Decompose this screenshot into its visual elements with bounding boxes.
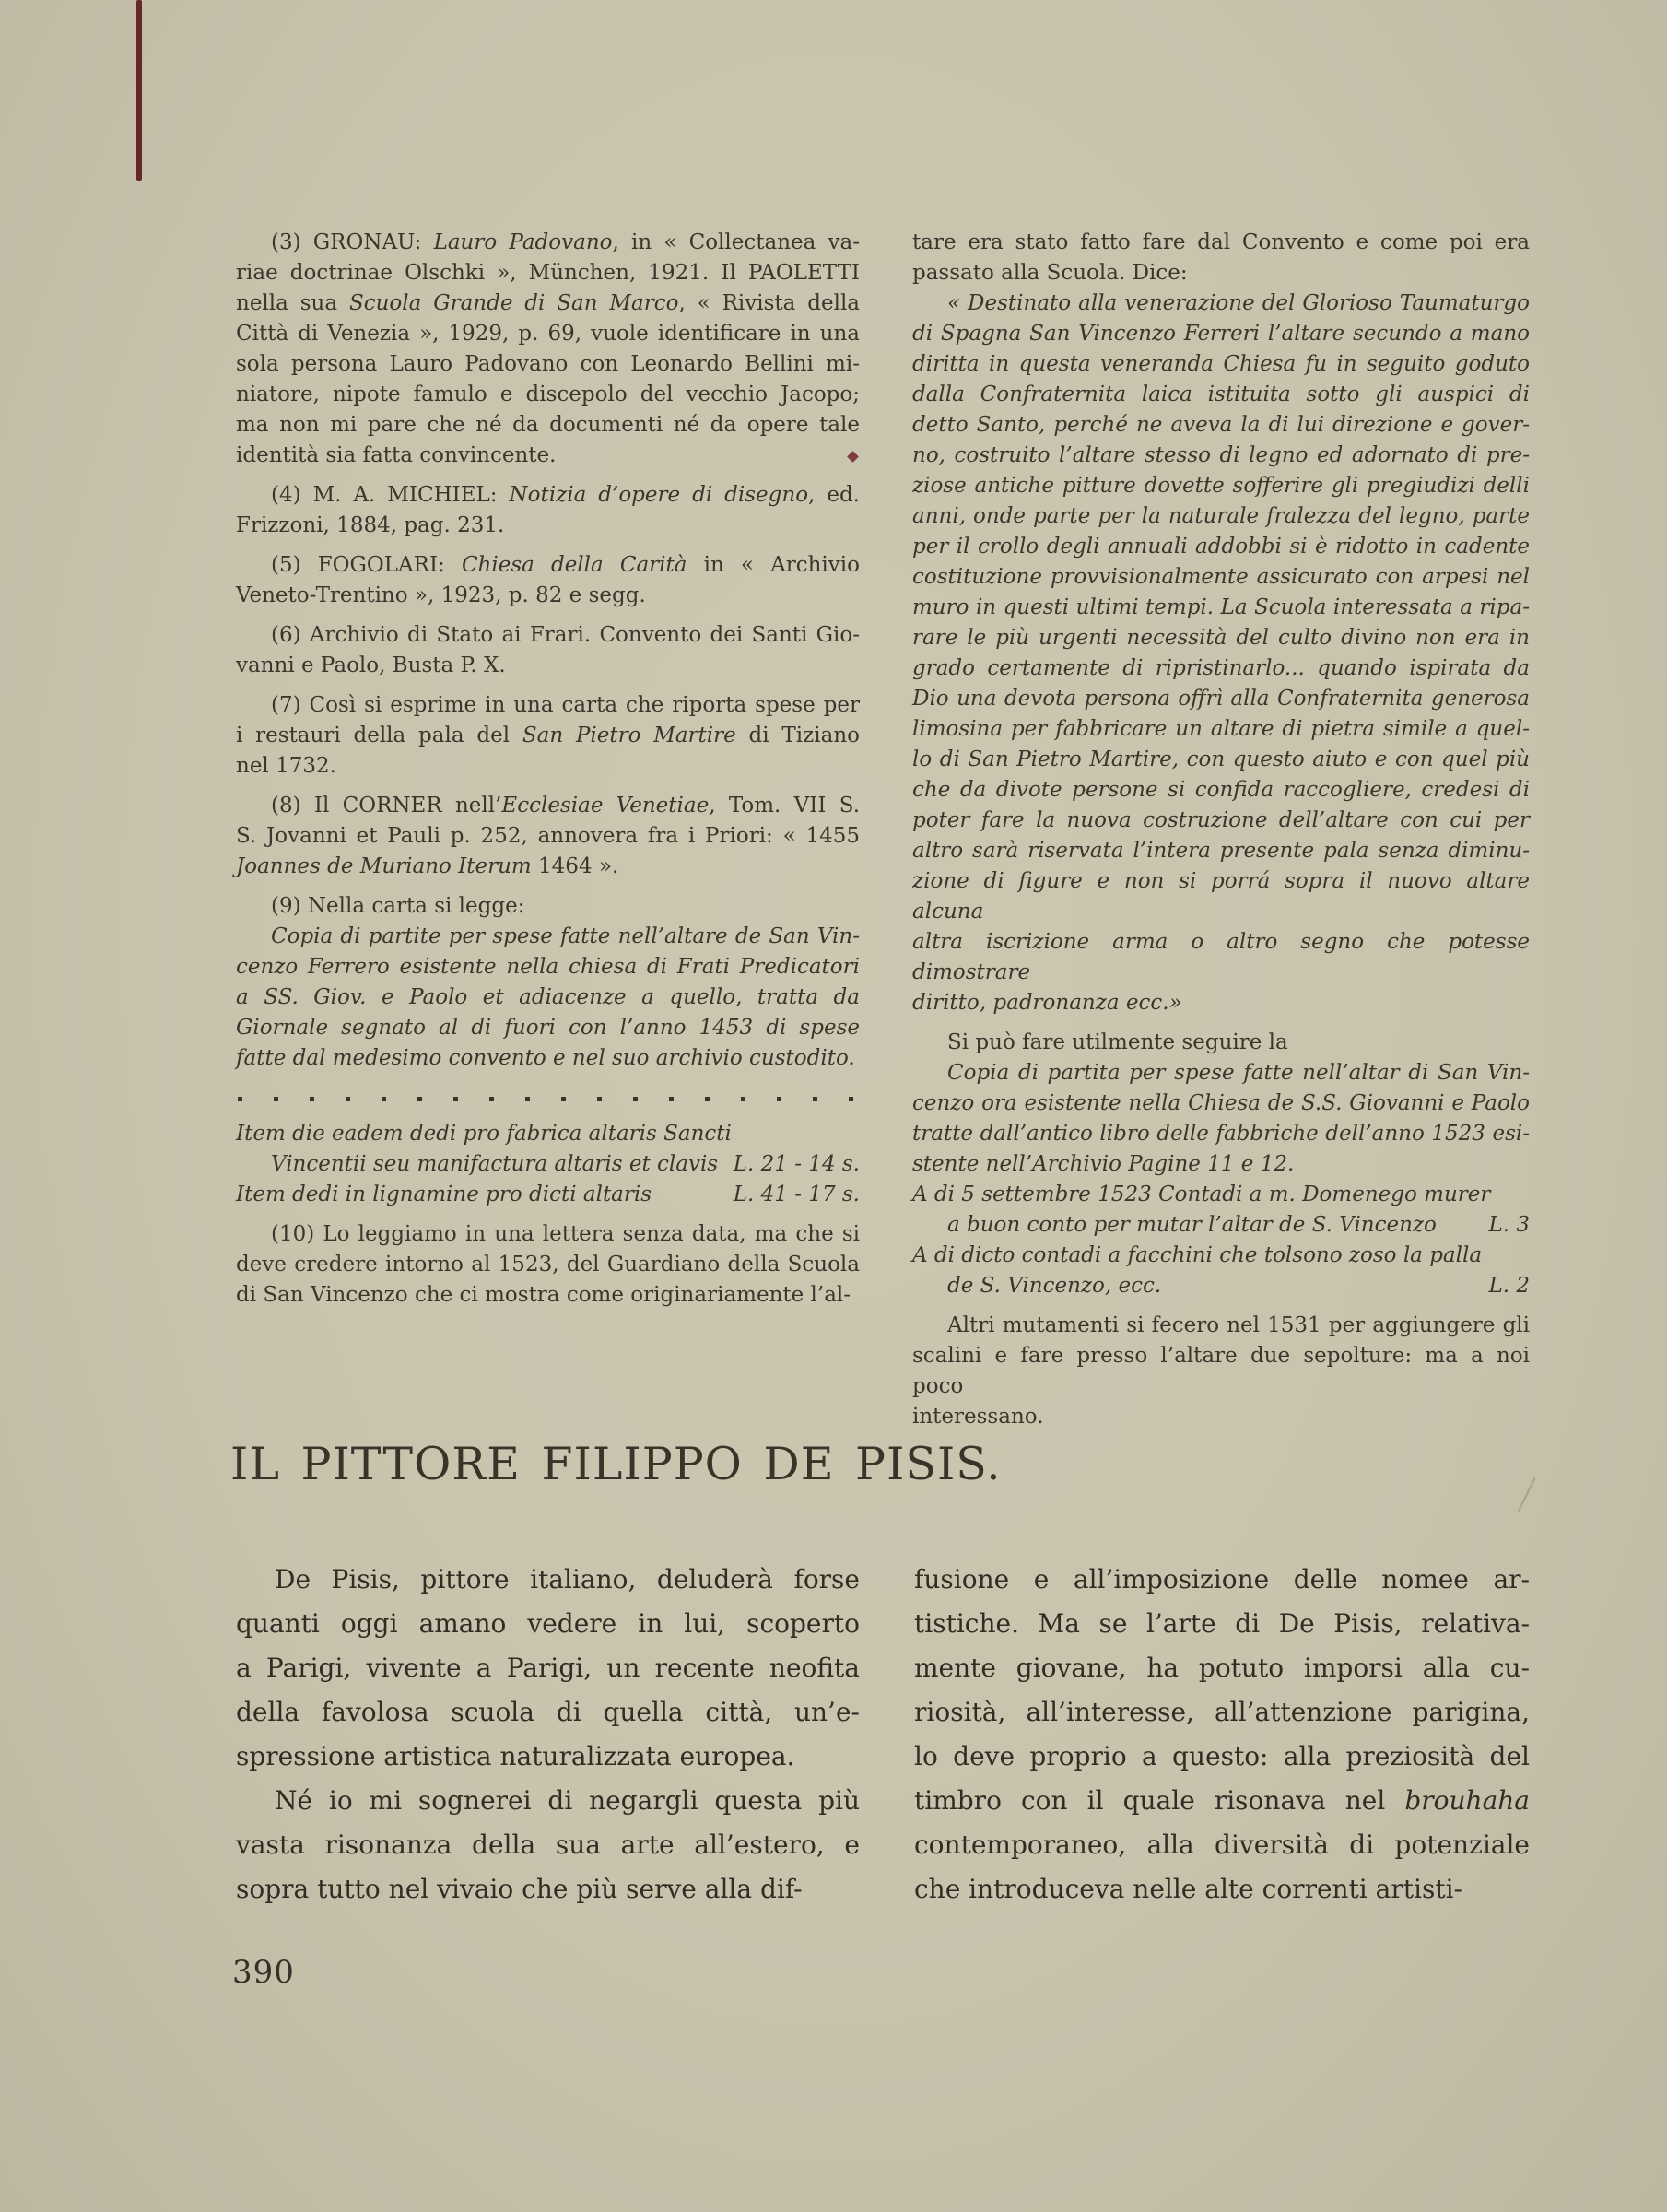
italic-text-run: diritto, padronanza ecc.» — [912, 991, 1182, 1015]
text-line: (6) Archivio di Stato ai Frari. Convento… — [236, 620, 860, 651]
page-number: 390 — [232, 1954, 295, 1991]
ledger-line: a buon conto per mutar l’altar de S. Vin… — [912, 1210, 1530, 1241]
text-run: , « Rivista della — [678, 291, 860, 315]
italic-text-run: per il crollo degli annuali addobbi si è… — [912, 535, 1530, 559]
text-run: Altri mutamenti si fecero nel 1531 per a… — [947, 1313, 1530, 1337]
italic-text-run: de S. Vincenzo, ecc. — [947, 1274, 1161, 1298]
text-line: (4) M. A. MICHIEL: Notizia d’opere di di… — [236, 480, 860, 511]
text-line: Veneto-Trentino », 1923, p. 82 e segg. — [236, 581, 860, 611]
text-line: (3) GRONAU: Lauro Padovano, in « Collect… — [236, 228, 860, 258]
text-line: Frizzoni, 1884, pag. 231. — [236, 511, 860, 541]
italic-text-run: Item die eadem dedi pro fabrica altaris … — [236, 1122, 732, 1146]
text-run: (10) Lo leggiamo in una lettera senza da… — [271, 1222, 860, 1246]
text-run: Si può fare utilmente seguire la — [947, 1030, 1288, 1054]
italic-text-run: grado certamente di ripristinarlo... qua… — [912, 656, 1530, 680]
text-line: Copia di partite per spese fatte nell’al… — [236, 922, 860, 952]
text-line: Altri mutamenti si fecero nel 1531 per a… — [912, 1311, 1530, 1341]
text-run: Né io mi sognerei di negargli questa più — [275, 1785, 860, 1816]
italic-text-run: detto Santo, perché ne aveva la di lui d… — [912, 413, 1530, 437]
ledger-description: de S. Vincenzo, ecc. — [947, 1271, 1161, 1301]
italic-text-run: a buon conto per mutar l’altar de S. Vin… — [947, 1213, 1437, 1237]
text-line: dalla Confraternita laica istituita sott… — [912, 380, 1530, 410]
body-right-column: fusione e all’imposizione delle nomee ar… — [914, 1558, 1530, 1912]
italic-text-run: limosina per fabbricare un altare di pie… — [912, 717, 1530, 741]
text-line: Giornale segnato al di fuori con l’anno … — [236, 1013, 860, 1043]
italic-text-run: San Pietro Martire — [522, 724, 736, 747]
ledger-line: Vincentii seu manifactura altaris et cla… — [236, 1149, 860, 1180]
text-line: timbro con il quale risonava nel brouhah… — [914, 1779, 1530, 1823]
text-line: « Destinato alla venerazione del Glorios… — [912, 288, 1530, 319]
italic-text-run: A di 5 settembre 1523 Contadi a m. Domen… — [912, 1182, 1490, 1206]
text-run: , in « Collectanea va- — [612, 230, 860, 254]
text-run: (8) Il CORNER nell’ — [271, 794, 501, 818]
text-run: a Parigi, vivente a Parigi, un recente n… — [236, 1653, 860, 1683]
text-run: (7) Così si esprime in una carta che rip… — [271, 693, 860, 717]
text-run: di San Vincenzo che ci mostra come origi… — [236, 1283, 851, 1307]
text-run: riosità, all’interesse, all’attenzione p… — [914, 1697, 1530, 1727]
text-line: lo deve proprio a questo: alla preziosit… — [914, 1735, 1530, 1779]
italic-text-run: muro in questi ultimi tempi. La Scuola i… — [912, 595, 1530, 619]
text-line: sola persona Lauro Padovano con Leonardo… — [236, 349, 860, 380]
italic-text-run: che da divote persone si confida raccogl… — [912, 778, 1530, 802]
text-line: Copia di partita per spese fatte nell’al… — [912, 1058, 1530, 1088]
italic-text-run: altra iscrizione arma o altro segno che … — [912, 930, 1530, 984]
dotted-separator — [236, 1085, 860, 1115]
text-line: cenzo ora esistente nella Chiesa de S.S.… — [912, 1088, 1530, 1119]
italic-text-run: Chiesa della Carità — [462, 553, 687, 577]
scan-artifact-red-line — [136, 0, 142, 181]
text-line: zione di figure e non si porrá sopra il … — [912, 866, 1530, 927]
text-run: della favolosa scuola di quella città, u… — [236, 1697, 860, 1727]
text-line: mente giovane, ha potuto imporsi alla cu… — [914, 1646, 1530, 1690]
ledger-line: de S. Vincenzo, ecc.L. 2 — [912, 1271, 1530, 1301]
text-line: limosina per fabbricare un altare di pie… — [912, 714, 1530, 745]
text-line: (5) FOGOLARI: Chiesa della Carità in « A… — [236, 550, 860, 581]
italic-text-run: Lauro Padovano — [434, 230, 613, 254]
text-line: a SS. Giov. e Paolo et adiacenze a quell… — [236, 982, 860, 1013]
text-run: nel 1732. — [236, 754, 336, 778]
italic-text-run: Scuola Grande di San Marco — [349, 291, 678, 315]
text-line: a Parigi, vivente a Parigi, un recente n… — [236, 1646, 860, 1690]
text-run: scalini e fare presso l’altare due sepol… — [912, 1344, 1530, 1398]
text-line: della favolosa scuola di quella città, u… — [236, 1690, 860, 1735]
ledger-amount: L. 3 — [1488, 1210, 1530, 1241]
text-run: di Tiziano — [736, 724, 860, 747]
italic-text-run: costituzione provvisionalmente assicurat… — [912, 565, 1530, 589]
text-run: lo deve proprio a questo: alla preziosit… — [914, 1741, 1530, 1771]
text-run: quanti oggi amano vedere in lui, scopert… — [236, 1608, 860, 1639]
text-run: (4) M. A. MICHIEL: — [271, 483, 510, 507]
text-run: tistiche. Ma se l’arte di De Pisis, rela… — [914, 1608, 1530, 1639]
text-line: nella sua Scuola Grande di San Marco, « … — [236, 288, 860, 319]
ledger-description: a buon conto per mutar l’altar de S. Vin… — [947, 1210, 1437, 1241]
text-run: fusione e all’imposizione delle nomee ar… — [914, 1564, 1530, 1594]
italic-text-run: stente nell’Archivio Pagine 11 e 12. — [912, 1152, 1294, 1176]
italic-text-run: poter fare la nuova costruzione dell’alt… — [912, 808, 1530, 832]
text-line: cenzo Ferrero esistente nella chiesa di … — [236, 952, 860, 982]
text-line: lo di San Pietro Martire, con questo aiu… — [912, 745, 1530, 775]
text-line: (9) Nella carta si legge: — [236, 891, 860, 922]
text-line: tistiche. Ma se l’arte di De Pisis, rela… — [914, 1602, 1530, 1646]
italic-text-run: rare le più urgenti necessità del culto … — [912, 626, 1530, 650]
text-line: di San Vincenzo che ci mostra come origi… — [236, 1280, 860, 1311]
text-line: passato alla Scuola. Dice: — [912, 258, 1530, 288]
text-line: i restauri della pala del San Pietro Mar… — [236, 721, 860, 751]
text-run: ma non mi pare che né da documenti né da… — [236, 413, 860, 437]
footnotes-left-column: (3) GRONAU: Lauro Padovano, in « Collect… — [236, 228, 860, 1311]
italic-text-run: Giornale segnato al di fuori con l’anno … — [236, 1016, 860, 1040]
italic-text-run: cenzo Ferrero esistente nella chiesa di … — [236, 955, 860, 979]
text-run: (9) Nella carta si legge: — [271, 894, 524, 918]
text-line: S. Jovanni et Pauli p. 252, annovera fra… — [236, 821, 860, 852]
text-line: di Spagna San Vincenzo Ferreri l’altare … — [912, 319, 1530, 349]
text-line: che da divote persone si confida raccogl… — [912, 775, 1530, 806]
text-run: che introduceva nelle alte correnti arti… — [914, 1874, 1462, 1904]
italic-text-run: Joannes de Muriano Iterum — [236, 854, 532, 878]
ledger-amount: L. 21 - 14 s. — [734, 1149, 860, 1180]
text-run: i restauri della pala del — [236, 724, 522, 747]
text-line: stente nell’Archivio Pagine 11 e 12. — [912, 1149, 1530, 1180]
section-heading: IL PITTORE FILIPPO DE PISIS. — [230, 1438, 1520, 1491]
text-line: poter fare la nuova costruzione dell’alt… — [912, 806, 1530, 836]
text-run: niatore, nipote famulo e discepolo del v… — [236, 382, 860, 406]
italic-text-run: diritta in questa veneranda Chiesa fu in… — [912, 352, 1530, 376]
text-run: nella sua — [236, 291, 349, 315]
text-line: Né io mi sognerei di negargli questa più — [236, 1779, 860, 1823]
text-run: S. Jovanni et Pauli p. 252, annovera fra… — [236, 824, 860, 848]
body-left-column: De Pisis, pittore italiano, deluderà for… — [236, 1558, 860, 1912]
text-line: quanti oggi amano vedere in lui, scopert… — [236, 1602, 860, 1646]
text-line: grado certamente di ripristinarlo... qua… — [912, 653, 1530, 684]
italic-text-run: dalla Confraternita laica istituita sott… — [912, 382, 1530, 406]
text-line: Item die eadem dedi pro fabrica altaris … — [236, 1119, 860, 1149]
text-line: costituzione provvisionalmente assicurat… — [912, 562, 1530, 593]
text-line: A di dicto contadi a facchini che tolson… — [912, 1241, 1530, 1271]
italic-text-run: no, costruito l’altare stesso di legno e… — [912, 443, 1530, 467]
text-line: altra iscrizione arma o altro segno che … — [912, 927, 1530, 988]
text-run: interessano. — [912, 1405, 1044, 1429]
text-run: passato alla Scuola. Dice: — [912, 261, 1188, 285]
italic-text-run: fatte dal medesimo convento e nel suo ar… — [236, 1046, 855, 1070]
italic-text-run: Vincentii seu manifactura altaris et cla… — [271, 1152, 718, 1176]
book-page: (3) GRONAU: Lauro Padovano, in « Collect… — [0, 0, 1667, 2212]
text-run: identità sia fatta convincente. — [236, 443, 556, 467]
text-line: fusione e all’imposizione delle nomee ar… — [914, 1558, 1530, 1602]
italic-text-run: cenzo ora esistente nella Chiesa de S.S.… — [912, 1091, 1530, 1115]
italic-text-run: Ecclesiae Venetiae — [501, 794, 709, 818]
ledger-description: Item dedi in lignamine pro dicti altaris — [236, 1180, 652, 1210]
text-line: Si può fare utilmente seguire la — [912, 1028, 1530, 1058]
text-run: (3) GRONAU: — [271, 230, 434, 254]
text-line: Dio una devota persona offrì alla Confra… — [912, 684, 1530, 714]
text-line: diritta in questa veneranda Chiesa fu in… — [912, 349, 1530, 380]
italic-text-run: zione di figure e non si porrá sopra il … — [912, 869, 1530, 924]
italic-text-run: Notizia d’opere di disegno — [510, 483, 809, 507]
text-run: timbro con il quale risonava nel — [914, 1785, 1404, 1816]
ledger-amount: L. 2 — [1488, 1271, 1530, 1301]
text-line: (8) Il CORNER nell’Ecclesiae Venetiae, T… — [236, 791, 860, 821]
text-line: per il crollo degli annuali addobbi si è… — [912, 532, 1530, 562]
text-run: spressione artistica naturalizzata europ… — [236, 1741, 794, 1771]
text-run: deve credere intorno al 1523, del Guardi… — [236, 1253, 860, 1277]
italic-text-run: a SS. Giov. e Paolo et adiacenze a quell… — [236, 985, 860, 1009]
italic-text-run: brouhaha — [1404, 1785, 1530, 1816]
text-run: 1464 ». — [532, 854, 619, 878]
text-line: De Pisis, pittore italiano, deluderà for… — [236, 1558, 860, 1602]
text-line: detto Santo, perché ne aveva la di lui d… — [912, 410, 1530, 441]
italic-text-run: lo di San Pietro Martire, con questo aiu… — [912, 747, 1530, 771]
text-line: anni, onde parte per la naturale fralezz… — [912, 501, 1530, 532]
text-line: Joannes de Muriano Iterum 1464 ». — [236, 852, 860, 882]
italic-text-run: altro sarà riservata l’intera presente p… — [912, 839, 1530, 863]
text-line: deve credere intorno al 1523, del Guardi… — [236, 1250, 860, 1280]
text-line: (10) Lo leggiamo in una lettera senza da… — [236, 1219, 860, 1250]
text-line: rare le più urgenti necessità del culto … — [912, 623, 1530, 653]
text-line: diritto, padronanza ecc.» — [912, 988, 1530, 1018]
text-line: che introduceva nelle alte correnti arti… — [914, 1867, 1530, 1912]
text-run: Veneto-Trentino », 1923, p. 82 e segg. — [236, 583, 646, 607]
text-line: riosità, all’interesse, all’attenzione p… — [914, 1690, 1530, 1735]
text-run: vanni e Paolo, Busta P. X. — [236, 653, 506, 677]
italic-text-run: Copia di partite per spese fatte nell’al… — [271, 924, 860, 948]
text-line: (7) Così si esprime in una carta che rip… — [236, 690, 860, 721]
text-run: riae doctrinae Olschki », München, 1921.… — [236, 261, 860, 285]
text-run: vasta risonanza della sua arte all’ester… — [236, 1830, 860, 1860]
text-run: tare era stato fatto fare dal Convento e… — [912, 230, 1530, 254]
italic-text-run: di Spagna San Vincenzo Ferreri l’altare … — [912, 322, 1530, 346]
italic-text-run: Copia di partita per spese fatte nell’al… — [947, 1061, 1530, 1085]
text-line: identità sia fatta convincente. — [236, 441, 860, 471]
text-line: Città di Venezia », 1929, p. 69, vuole i… — [236, 319, 860, 349]
text-run: (6) Archivio di Stato ai Frari. Convento… — [271, 623, 860, 647]
text-line: riae doctrinae Olschki », München, 1921.… — [236, 258, 860, 288]
italic-text-run: ziose antiche pitture dovette sofferire … — [912, 474, 1530, 498]
text-line: contemporaneo, alla diversità di potenzi… — [914, 1823, 1530, 1867]
text-run: , ed. — [808, 483, 860, 507]
ledger-amount: L. 41 - 17 s. — [734, 1180, 860, 1210]
text-line: no, costruito l’altare stesso di legno e… — [912, 441, 1530, 471]
text-line: sopra tutto nel vivaio che più serve all… — [236, 1867, 860, 1912]
text-run: sola persona Lauro Padovano con Leonardo… — [236, 352, 860, 376]
text-run: Frizzoni, 1884, pag. 231. — [236, 513, 504, 537]
text-line: ziose antiche pitture dovette sofferire … — [912, 471, 1530, 501]
text-line: tratte dall’antico libro delle fabbriche… — [912, 1119, 1530, 1149]
italic-text-run: tratte dall’antico libro delle fabbriche… — [912, 1122, 1530, 1146]
text-line: vanni e Paolo, Busta P. X. — [236, 651, 860, 681]
text-line: fatte dal medesimo convento e nel suo ar… — [236, 1043, 860, 1074]
italic-text-run: Item dedi in lignamine pro dicti altaris — [236, 1182, 652, 1206]
text-line: spressione artistica naturalizzata europ… — [236, 1735, 860, 1779]
text-run: Città di Venezia », 1929, p. 69, vuole i… — [236, 322, 860, 346]
italic-text-run: anni, onde parte per la naturale fralezz… — [912, 504, 1530, 528]
text-line: tare era stato fatto fare dal Convento e… — [912, 228, 1530, 258]
italic-text-run: « Destinato alla venerazione del Glorios… — [947, 291, 1530, 315]
text-line: muro in questi ultimi tempi. La Scuola i… — [912, 593, 1530, 623]
text-line: scalini e fare presso l’altare due sepol… — [912, 1341, 1530, 1402]
ledger-description: Vincentii seu manifactura altaris et cla… — [271, 1149, 718, 1180]
text-line: interessano. — [912, 1402, 1530, 1432]
text-line: niatore, nipote famulo e discepolo del v… — [236, 380, 860, 410]
text-line: vasta risonanza della sua arte all’ester… — [236, 1823, 860, 1867]
text-run: mente giovane, ha potuto imporsi alla cu… — [914, 1653, 1530, 1683]
text-run: , Tom. VII S. — [709, 794, 860, 818]
text-line: nel 1732. — [236, 751, 860, 782]
text-run: (5) FOGOLARI: — [271, 553, 462, 577]
italic-text-run: A di dicto contadi a facchini che tolson… — [912, 1243, 1482, 1267]
text-line: A di 5 settembre 1523 Contadi a m. Domen… — [912, 1180, 1530, 1210]
footnotes-right-column: tare era stato fatto fare dal Convento e… — [912, 228, 1530, 1432]
text-line: altro sarà riservata l’intera presente p… — [912, 836, 1530, 866]
text-run: in « Archivio — [687, 553, 860, 577]
text-line: ma non mi pare che né da documenti né da… — [236, 410, 860, 441]
text-run: sopra tutto nel vivaio che più serve all… — [236, 1874, 803, 1904]
text-run: De Pisis, pittore italiano, deluderà for… — [275, 1564, 860, 1594]
ledger-line: Item dedi in lignamine pro dicti altaris… — [236, 1180, 860, 1210]
italic-text-run: Dio una devota persona offrì alla Confra… — [912, 687, 1530, 711]
text-run: contemporaneo, alla diversità di potenzi… — [914, 1830, 1530, 1860]
